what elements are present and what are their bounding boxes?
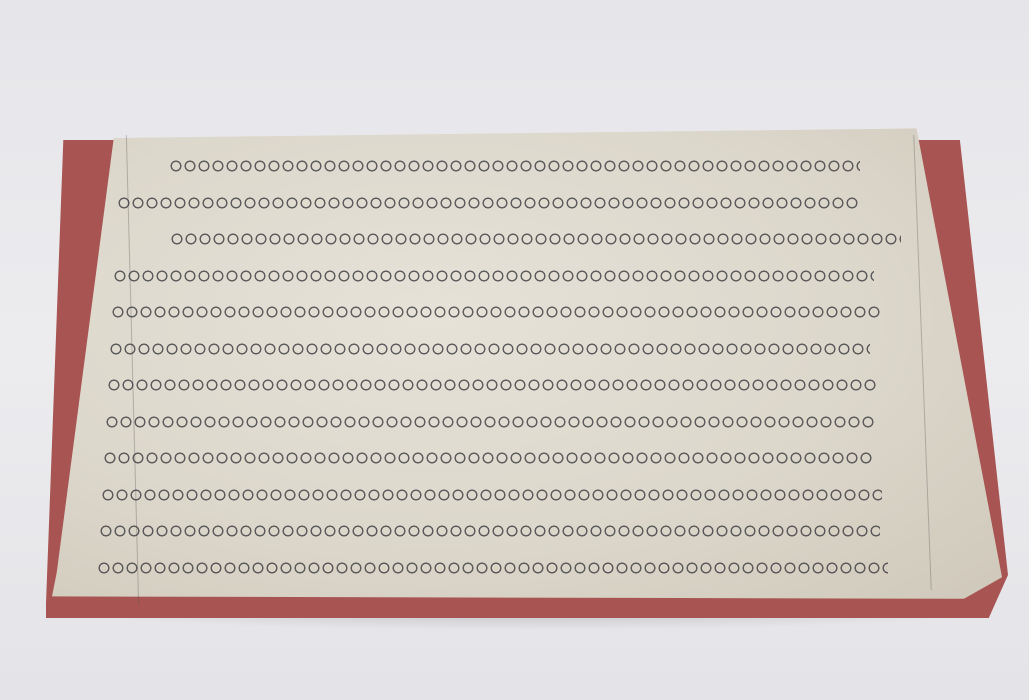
handwritten-script xyxy=(100,521,880,543)
manuscript-line xyxy=(120,552,950,589)
manuscript-line xyxy=(120,187,950,224)
manuscript-line xyxy=(120,333,950,370)
manuscript-line xyxy=(120,260,950,297)
manuscript-text xyxy=(120,150,950,588)
manuscript-line xyxy=(120,150,950,187)
manuscript-line xyxy=(120,406,950,443)
manuscript-line xyxy=(120,296,950,333)
handwritten-script xyxy=(112,302,882,324)
handwritten-script xyxy=(170,156,860,178)
manuscript-line xyxy=(120,479,950,516)
handwritten-script xyxy=(171,229,901,251)
handwritten-script xyxy=(106,412,876,434)
manuscript-line xyxy=(120,223,950,260)
handwritten-script xyxy=(104,448,874,470)
manuscript-line xyxy=(120,369,950,406)
handwritten-script xyxy=(108,375,878,397)
handwritten-script xyxy=(118,193,858,215)
handwritten-script xyxy=(102,485,882,507)
manuscript-line xyxy=(120,515,950,552)
manuscript-line xyxy=(120,442,950,479)
handwritten-script xyxy=(110,339,870,361)
handwritten-script xyxy=(114,266,874,288)
handwritten-script xyxy=(98,558,888,580)
